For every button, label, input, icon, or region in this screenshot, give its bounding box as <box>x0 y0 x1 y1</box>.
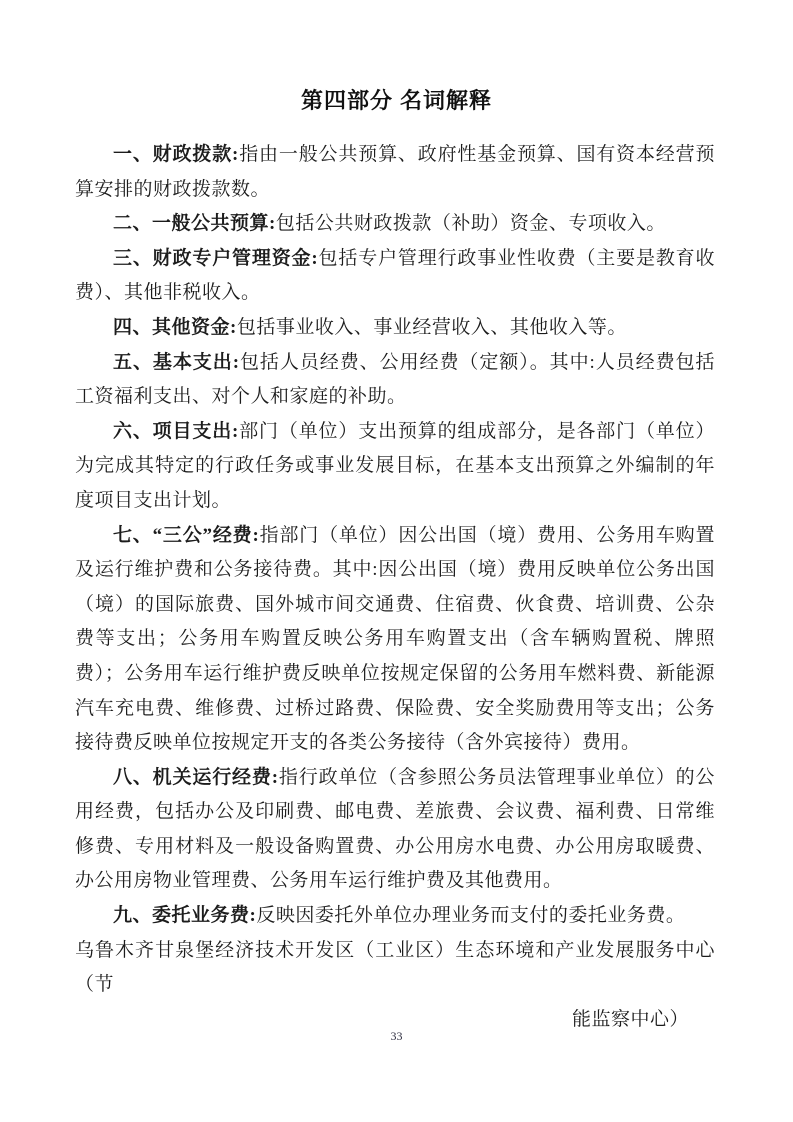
definition-paragraph: 七、“三公”经费:指部门（单位）因公出国（境）费用、公务用车购置及运行维护费和公… <box>75 519 715 761</box>
definition-paragraph: 三、财政专户管理资金:包括专户管理行政事业性收费（主要是教育收费）、其他非税收入… <box>75 242 715 311</box>
document-body: 一、财政拨款:指由一般公共预算、政府性基金预算、国有资本经营预算安排的财政拨款数… <box>75 138 715 1037</box>
definition-paragraph: 八、机关运行经费:指行政单位（含参照公务员法管理事业单位）的公用经费，包括办公及… <box>75 761 715 899</box>
definition-paragraph: 一、财政拨款:指由一般公共预算、政府性基金预算、国有资本经营预算安排的财政拨款数… <box>75 138 715 207</box>
term-label: 四、其他资金: <box>113 317 237 338</box>
term-label: 九、委托业务费: <box>113 905 256 926</box>
page-title: 第四部分 名词解释 <box>0 0 793 114</box>
definition-paragraph: 六、项目支出:部门（单位）支出预算的组成部分，是各部门（单位）为完成其特定的行政… <box>75 415 715 519</box>
term-definition: 包括公共财政拨款（补助）资金、专项收入。 <box>276 213 666 234</box>
term-label: 三、财政专户管理资金: <box>113 248 318 269</box>
term-definition: 包括事业收入、事业经营收入、其他收入等。 <box>237 317 627 338</box>
term-label: 八、机关运行经费: <box>113 767 279 788</box>
footer-org-name-line1: 乌鲁木齐甘泉堡经济技术开发区（工业区）生态环境和产业发展服务中心（节 <box>75 934 715 1003</box>
definition-paragraph: 二、一般公共预算:包括公共财政拨款（补助）资金、专项收入。 <box>75 207 715 242</box>
definition-paragraph: 五、基本支出:包括人员经费、公用经费（定额）。其中:人员经费包括工资福利支出、对… <box>75 346 715 415</box>
definition-paragraph: 九、委托业务费:反映因委托外单位办理业务而支付的委托业务费。 <box>75 899 715 934</box>
term-definition: 反映因委托外单位办理业务而支付的委托业务费。 <box>256 905 685 926</box>
term-label: 二、一般公共预算: <box>113 213 276 234</box>
definition-paragraph: 四、其他资金:包括事业收入、事业经营收入、其他收入等。 <box>75 311 715 346</box>
term-label: 一、财政拨款: <box>113 144 239 165</box>
term-definition: 指部门（单位）因公出国（境）费用、公务用车购置及运行维护费和公务接待费。其中:因… <box>75 525 715 754</box>
document-page: 第四部分 名词解释 一、财政拨款:指由一般公共预算、政府性基金预算、国有资本经营… <box>0 0 793 1122</box>
term-label: 七、“三公”经费: <box>113 525 259 546</box>
term-label: 六、项目支出: <box>113 421 239 442</box>
term-label: 五、基本支出: <box>113 352 240 373</box>
page-number: 33 <box>0 1029 793 1044</box>
